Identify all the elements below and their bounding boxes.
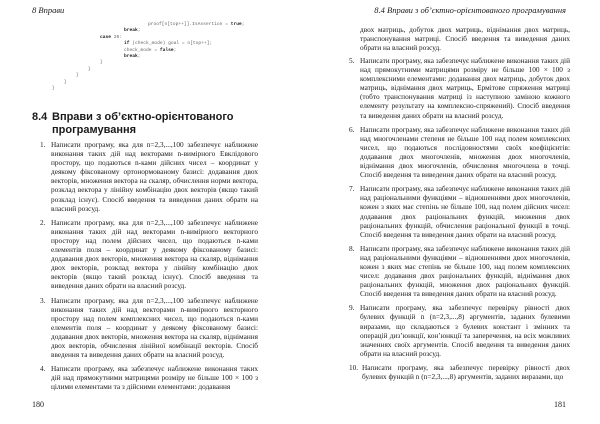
- item-text: Написати програму, яка для n=2,3,...,100…: [51, 296, 258, 360]
- item-text: Написати програму, яка забезпечує переві…: [362, 363, 570, 381]
- item-number: 6.: [349, 125, 354, 134]
- page-number: 180: [32, 400, 44, 409]
- item-text: Написати програму, яка забезпечує наближ…: [360, 125, 570, 179]
- section-title-line2: програмування: [32, 124, 292, 137]
- continued-text: двох матриць, добуток двох матриць, відн…: [360, 25, 570, 52]
- section-heading: 8.4Вправи з об’єктно-орієнтованого прогр…: [32, 111, 292, 137]
- code-line: }: [32, 86, 245, 92]
- item-number: 9.: [349, 303, 354, 312]
- item-number: 1.: [40, 140, 45, 149]
- page-number: 181: [554, 400, 566, 409]
- running-head: 8 Вправи: [32, 5, 64, 15]
- item-text: Написати програму, яка забезпечує наближ…: [360, 56, 570, 120]
- exercise-list: 5.Написати програму, яка забезпечує набл…: [349, 56, 570, 386]
- item-number: 7.: [349, 184, 354, 193]
- item-number: 5.: [349, 56, 354, 65]
- left-page: 8 Вправи proof[n[top++]].IsAssertion = t…: [0, 0, 300, 424]
- code-listing: proof[n[top++]].IsAssertion = true;break…: [32, 22, 245, 92]
- item-text: Написати програму, яка забезпечує наближ…: [51, 364, 258, 391]
- exercise-item: 7.Написати програму, яка забезпечує набл…: [349, 184, 570, 239]
- running-head: 8.4 Вправи з об’єктно-орієнтованого прог…: [374, 5, 566, 15]
- exercise-item: 9.Написати програму, яка забезпечує пере…: [349, 303, 570, 358]
- section-number: 8.4: [32, 111, 52, 124]
- item-number: 2.: [40, 218, 45, 227]
- item-number: 3.: [40, 296, 45, 305]
- exercise-item: 10.Написати програму, яка забезпечує пер…: [349, 363, 570, 381]
- item-text: Написати програму, яка забезпечує наближ…: [360, 184, 570, 238]
- exercise-item: 5.Написати програму, яка забезпечує набл…: [349, 56, 570, 120]
- exercise-item: 4.Написати програму, яка забезпечує набл…: [40, 364, 258, 391]
- section-title-line1: Вправи з об’єктно-орієнтованого: [52, 111, 234, 123]
- item-number: 4.: [40, 364, 45, 373]
- item-text: Написати програму, яка для n=2,3,...,100…: [51, 218, 258, 291]
- item-text: Написати програму, яка для n=2,3,...,100…: [51, 140, 258, 213]
- item-text: Написати програму, яка забезпечує наближ…: [360, 244, 570, 298]
- exercise-item: 1.Написати програму, яка для n=2,3,...,1…: [40, 140, 258, 213]
- exercise-item: 3.Написати програму, яка для n=2,3,...,1…: [40, 296, 258, 360]
- exercise-list: 1.Написати програму, яка для n=2,3,...,1…: [40, 140, 258, 396]
- exercise-item: 8.Написати програму, яка забезпечує набл…: [349, 244, 570, 299]
- item-text: Написати програму, яка забезпечує переві…: [360, 303, 570, 357]
- exercise-item: 6.Написати програму, яка забезпечує набл…: [349, 125, 570, 180]
- exercise-item: 2.Написати програму, яка для n=2,3,...,1…: [40, 218, 258, 291]
- item-number: 10.: [349, 363, 358, 372]
- item-number: 8.: [349, 244, 354, 253]
